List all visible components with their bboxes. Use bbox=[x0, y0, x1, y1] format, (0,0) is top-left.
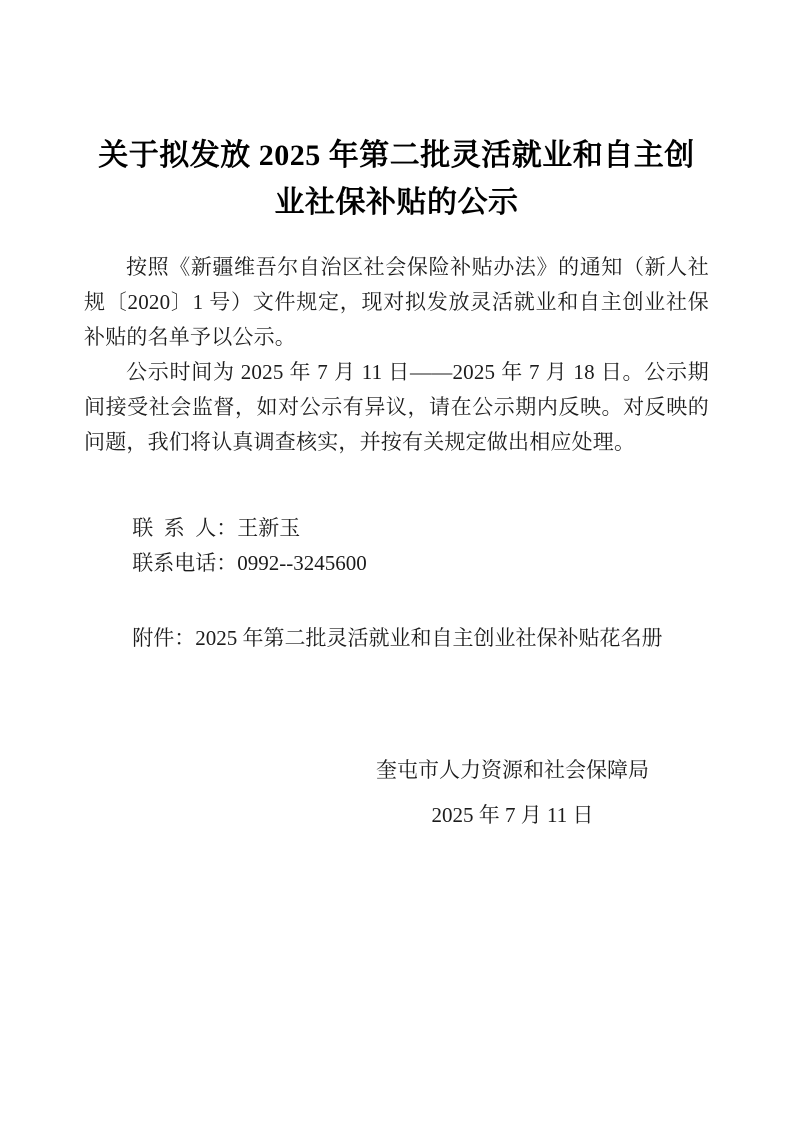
attachment-line: 附件：2025 年第二批灵活就业和自主创业社保补贴花名册 bbox=[84, 621, 709, 656]
issuing-authority: 奎屯市人力资源和社会保障局 bbox=[376, 748, 649, 793]
attachment-label: 附件： bbox=[132, 626, 195, 650]
contact-phone-number: 0992--3245600 bbox=[237, 551, 367, 575]
title-line-2: 业社保补贴的公示 bbox=[84, 179, 709, 226]
title-line-1: 关于拟发放 2025 年第二批灵活就业和自主创 bbox=[84, 132, 709, 179]
document-title: 关于拟发放 2025 年第二批灵活就业和自主创 业社保补贴的公示 bbox=[84, 132, 709, 226]
attachment-title: 2025 年第二批灵活就业和自主创业社保补贴花名册 bbox=[195, 626, 662, 650]
issue-date: 2025 年 7 月 11 日 bbox=[376, 793, 649, 838]
contact-phone-label: 联系电话： bbox=[132, 551, 237, 575]
contact-person-label: 联 系 人： bbox=[132, 516, 237, 540]
contact-person-line: 联 系 人：王新玉 bbox=[84, 511, 709, 546]
contact-info: 联 系 人：王新玉 联系电话：0992--3245600 bbox=[84, 511, 709, 581]
paragraph-legal-basis: 按照《新疆维吾尔自治区社会保险补贴办法》的通知（新人社规〔2020〕1 号）文件… bbox=[84, 250, 709, 355]
signature-block: 奎屯市人力资源和社会保障局 2025 年 7 月 11 日 bbox=[376, 748, 649, 838]
contact-phone-line: 联系电话：0992--3245600 bbox=[84, 546, 709, 581]
document-content: 关于拟发放 2025 年第二批灵活就业和自主创 业社保补贴的公示 按照《新疆维吾… bbox=[0, 132, 793, 838]
document-page: 关于拟发放 2025 年第二批灵活就业和自主创 业社保补贴的公示 按照《新疆维吾… bbox=[0, 0, 793, 1122]
paragraph-publicity-period: 公示时间为 2025 年 7 月 11 日——2025 年 7 月 18 日。公… bbox=[84, 355, 709, 460]
contact-person-name: 王新玉 bbox=[237, 516, 300, 540]
